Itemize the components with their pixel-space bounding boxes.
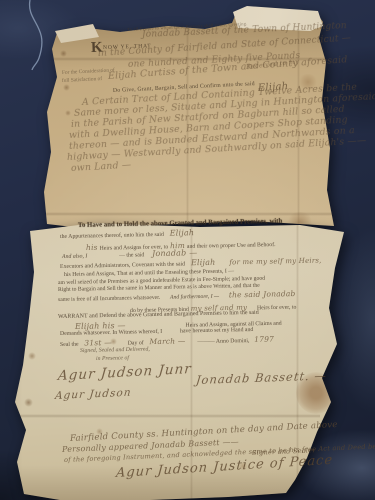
print-segment: have hereunto set my Hand and (180, 327, 253, 335)
print-segment: Executors and Administrators, Covenant w… (60, 261, 185, 270)
print-segment: Day of (128, 340, 144, 346)
script-segment: Elijah (191, 258, 216, 268)
print-segment: Seal the (60, 342, 79, 348)
print-segment: ——— Anno Domini, (197, 338, 249, 345)
satisfaction-label: full Satisfaction of (62, 76, 102, 84)
habendum-line-1: To Have and to Hold the above Granted an… (78, 218, 282, 229)
photo-of-antique-deed: To all People to whom these Presents sha… (0, 0, 375, 500)
witness-signature-1: Agur Judson Junr (57, 361, 192, 384)
grantor-signature: Jonadab Bassett. — (195, 368, 327, 387)
print-segment: And furthermore, I — (170, 294, 219, 301)
attestation-line-1: Signed, Sealed and Delivered, (80, 347, 150, 354)
print-segment: Demands whatsoever. In Witness whereof, … (60, 329, 162, 337)
land-description-line: own Land — (71, 160, 132, 174)
script-segment: Elijah (170, 228, 195, 238)
script-segment: for me my self my Heirs, (229, 257, 321, 267)
witness-signature-2: Agur Judson (54, 387, 132, 402)
print-segment: And also, I (62, 253, 87, 260)
print-segment: the Appurtenances thereof, unto him the … (60, 232, 164, 240)
script-segment: the said Jonadab (229, 289, 296, 299)
script-segment: 1797 (254, 335, 274, 344)
print-segment: Heirs for ever, to (257, 305, 296, 312)
attestation-line-2: in Presence of (96, 355, 129, 362)
print-segment: same is free of all Incumbrances whatsoe… (58, 295, 160, 303)
habendum-line-2: the Appurtenances thereof, unto him the … (60, 228, 194, 240)
print-segment: and their own proper Use and Behoof. (187, 242, 276, 250)
script-segment: 31st — (84, 338, 112, 348)
script-segment: March — (149, 336, 185, 346)
print-segment: — the said (119, 252, 144, 259)
deed-text-layer: To all People to whom these Presents sha… (0, 0, 375, 500)
date-line: Seal the 31st — Day of March — ——— Anno … (60, 335, 274, 348)
script-segment: Jonadab — (152, 248, 197, 258)
